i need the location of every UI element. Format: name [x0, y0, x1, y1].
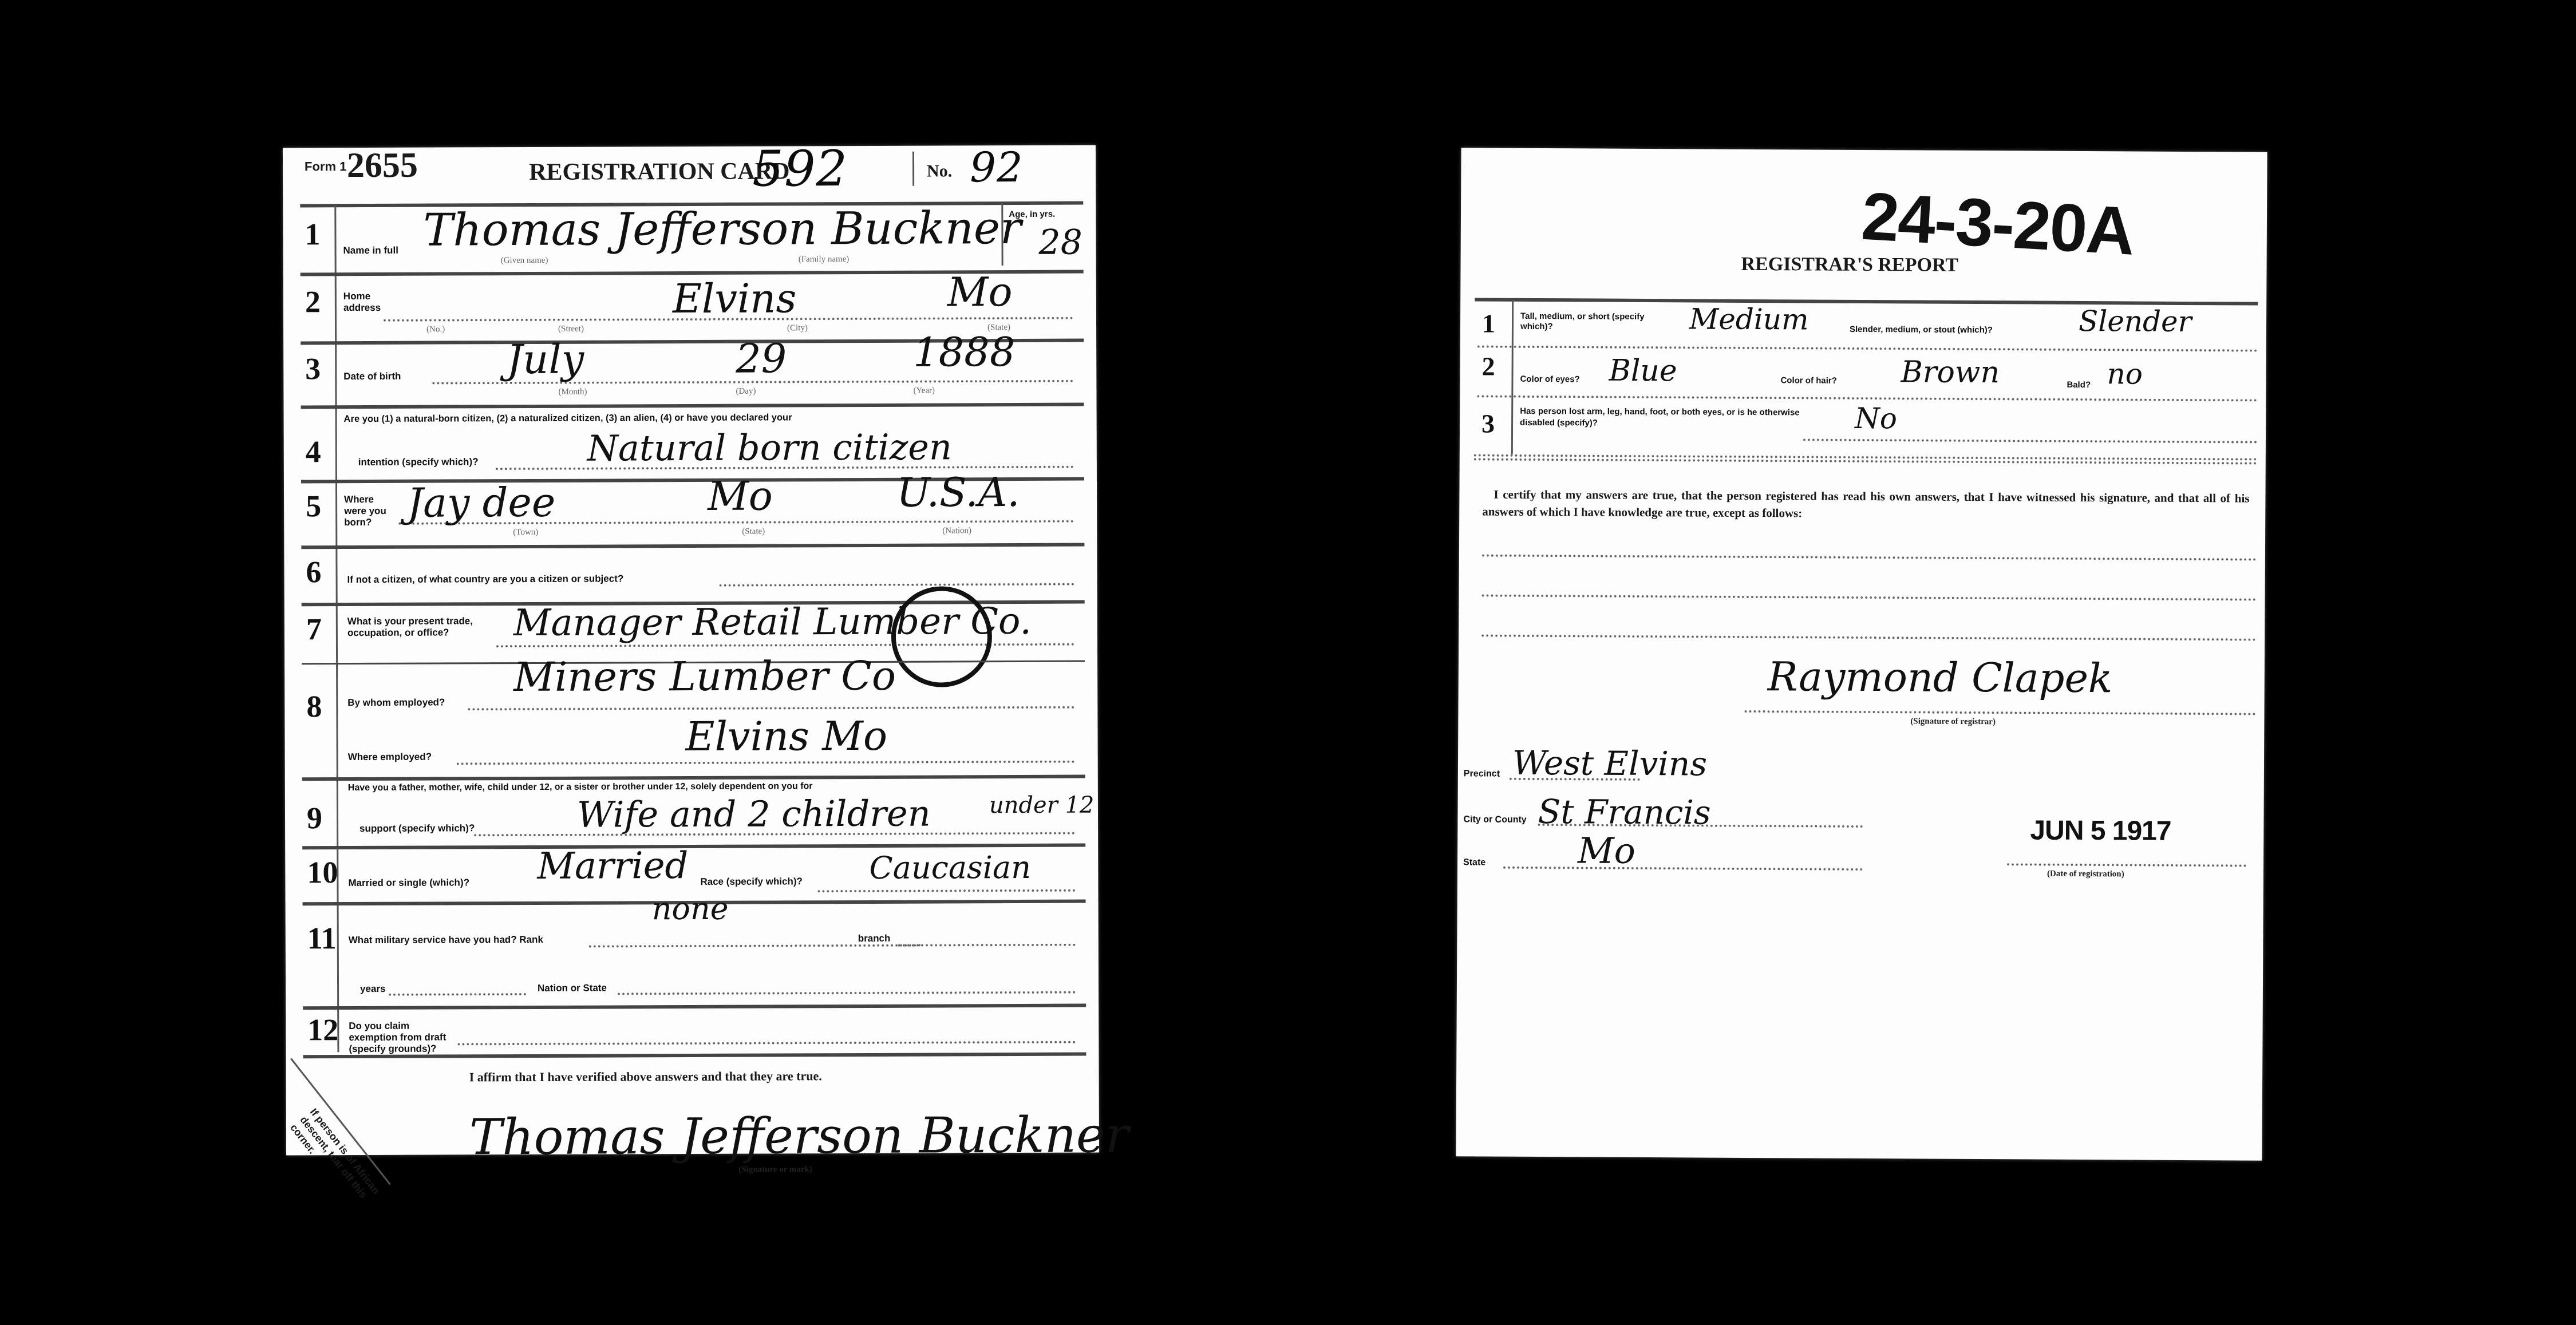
no-label: No. — [927, 161, 952, 181]
race-label: Race (specify which)? — [700, 876, 803, 888]
birth-nation-value: U.S.A. — [896, 469, 1020, 516]
report-title: REGISTRAR'S REPORT — [1741, 254, 1958, 276]
date-caption: (Date of registration) — [2047, 869, 2124, 880]
row-number: 1 — [1482, 308, 1495, 339]
build-value: Slender — [2079, 304, 2192, 338]
occupation-label: What is your present trade, occupation, … — [347, 615, 491, 639]
sub-label: (Year) — [913, 386, 935, 396]
foreign-citizenship-label: If not a citizen, of what country are yo… — [347, 573, 624, 586]
registration-card: Form 1 2655 REGISTRATION CARD 592 No. 92… — [283, 145, 1099, 1156]
dependents-value: Wife and 2 children — [577, 793, 931, 836]
height-value: Medium — [1689, 302, 1809, 336]
state-value: Mo — [1578, 829, 1635, 872]
marital-value: Married — [537, 845, 688, 888]
citizenship-label: intention (specify which)? — [358, 456, 479, 468]
card-title: REGISTRATION CARD — [529, 157, 790, 186]
signature-caption: (Signature or mark) — [738, 1165, 812, 1174]
row-number: 4 — [306, 434, 321, 469]
marital-label: Married or single (which)? — [348, 877, 469, 889]
row-number: 1 — [305, 216, 320, 252]
sub-label: (Nation) — [942, 526, 971, 536]
row-number: 7 — [306, 611, 322, 647]
row-number: 6 — [306, 554, 321, 590]
military-branch-label: branch — [858, 933, 891, 944]
row-number: 11 — [307, 920, 337, 956]
age-value: 28 — [1038, 223, 1082, 263]
home-address-label: Home address — [343, 291, 378, 314]
birthplace-label: Where were you born? — [344, 494, 396, 528]
registrars-report-card: 24-3-20A REGISTRAR'S REPORT 1 Tall, medi… — [1456, 148, 2267, 1160]
registrar-caption: (Signature of registrar) — [1910, 717, 1996, 727]
military-years-label: years — [360, 983, 386, 995]
employer-label: By whom employed? — [347, 697, 445, 709]
race-value: Caucasian — [869, 849, 1031, 886]
certify-text: I certify that my answers are true, that… — [1482, 486, 2249, 524]
disability-label: Has person lost arm, leg, hand, foot, or… — [1520, 406, 1818, 430]
birth-town-value: Jay dee — [407, 479, 556, 527]
state-label: State — [1463, 857, 1485, 868]
registration-date: JUN 5 1917 — [2030, 815, 2171, 847]
disability-value: No — [1855, 402, 1897, 435]
home-city-value: Elvins — [673, 275, 797, 322]
bald-value: no — [2107, 357, 2143, 390]
circled-mark — [891, 586, 993, 687]
registrant-signature: Thomas Jefferson Buckner — [469, 1106, 1129, 1166]
form-number: 2655 — [347, 145, 418, 186]
row-number: 5 — [306, 488, 321, 524]
sub-label: (No.) — [426, 325, 445, 334]
dependents-label: support (specify which)? — [359, 822, 475, 834]
citizenship-question: Are you (1) a natural-born citizen, (2) … — [344, 412, 792, 425]
employer-location-label: Where employed? — [348, 752, 432, 764]
hair-color-value: Brown — [1901, 355, 2000, 390]
birth-year-value: 1888 — [913, 329, 1015, 376]
county-label: City or County — [1463, 814, 1526, 825]
row-number: 10 — [307, 855, 338, 890]
row-number: 3 — [1481, 409, 1495, 439]
eye-color-label: Color of eyes? — [1520, 374, 1579, 385]
build-label: Slender, medium, or stout (which)? — [1850, 325, 1993, 335]
registrar-signature: Raymond Clapek — [1768, 653, 2113, 702]
row-number: 9 — [307, 800, 322, 836]
hair-color-label: Color of hair? — [1780, 375, 1836, 386]
employer-location-value: Elvins Mo — [685, 713, 887, 760]
name-label: Name in full — [343, 245, 398, 256]
dob-label: Date of birth — [343, 371, 401, 382]
sub-label: (Family name) — [799, 255, 850, 264]
row-number: 3 — [305, 351, 321, 386]
sub-label: (Day) — [736, 387, 756, 397]
affirm-text: I affirm that I have verified above answ… — [469, 1069, 822, 1085]
row-number: 2 — [1481, 351, 1495, 382]
military-service-value: none — [651, 891, 728, 927]
dependents-extra-value: under 12 — [989, 792, 1095, 819]
military-nation-label: Nation or State — [538, 983, 607, 994]
sub-label: (Month) — [558, 387, 587, 397]
row-number: 12 — [307, 1012, 338, 1047]
birth-state-value: Mo — [708, 472, 773, 519]
sub-label: (Given name) — [501, 256, 548, 266]
row-number: 8 — [306, 689, 322, 724]
sub-label: (Town) — [513, 528, 538, 537]
height-label: Tall, medium, or short (specify which)? — [1520, 311, 1664, 333]
birth-day-value: 29 — [736, 335, 787, 382]
no-value: 92 — [970, 143, 1024, 191]
sub-label: (State) — [742, 527, 765, 537]
exemption-label: Do you claim exemption from draft (speci… — [349, 1020, 457, 1055]
bald-label: Bald? — [2067, 380, 2091, 390]
eye-color-value: Blue — [1609, 354, 1677, 389]
employer-value: Miners Lumber Co — [513, 652, 896, 701]
form-label: Form 1 — [305, 159, 346, 174]
dependents-question: Have you a father, mother, wife, child u… — [348, 781, 813, 793]
citizenship-value: Natural born citizen — [587, 426, 952, 469]
row-number: 2 — [305, 284, 321, 319]
birth-month-value: July — [507, 336, 584, 383]
full-name-value: Thomas Jefferson Buckner — [423, 203, 1021, 256]
home-state-value: Mo — [947, 268, 1013, 315]
overwrite-number: 592 — [752, 140, 848, 198]
precinct-label: Precinct — [1464, 769, 1500, 779]
military-rank-label: What military service have you had? Rank — [349, 934, 543, 946]
sub-label: (Street) — [558, 325, 584, 334]
sub-label: (City) — [787, 323, 808, 333]
